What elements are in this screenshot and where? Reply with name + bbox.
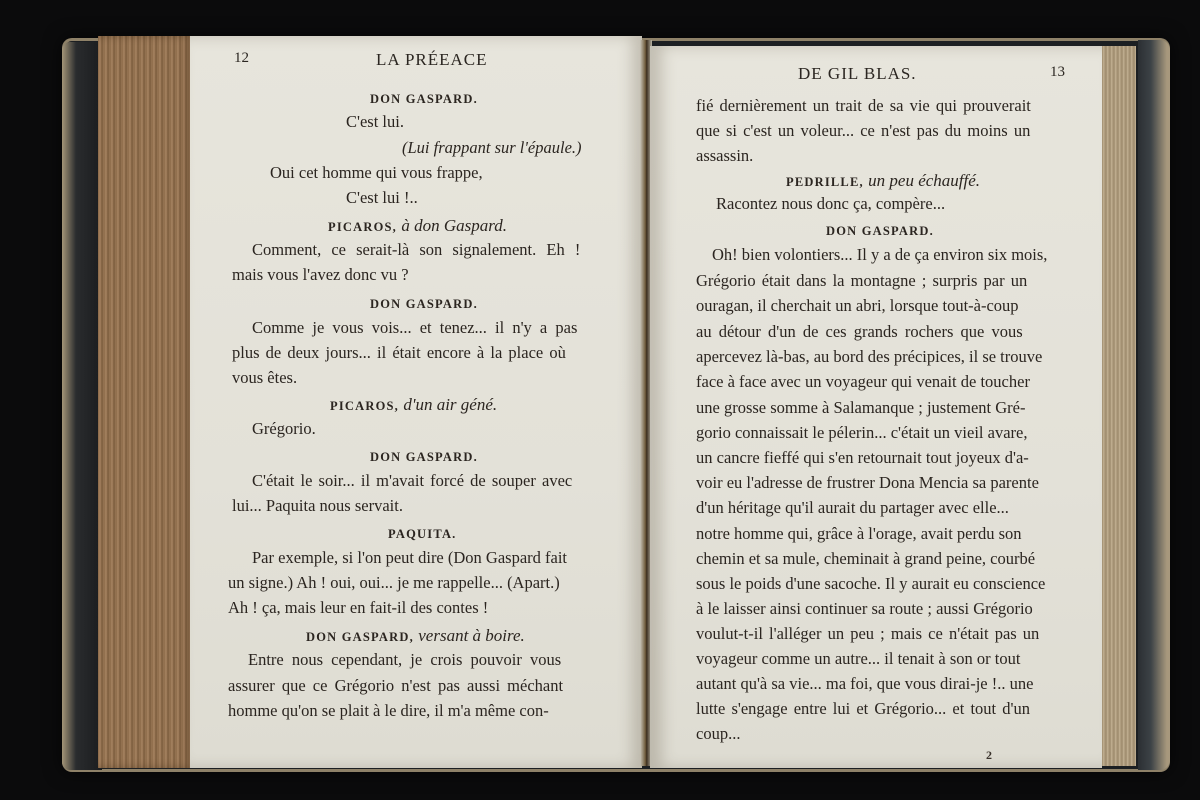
text-line: C'était le soir... il m'avait forcé de s… [252, 471, 572, 491]
right-page: DE GIL BLAS. 13 fié dernièrement un trai… [650, 46, 1102, 768]
page-edges-right [1100, 46, 1136, 766]
text-line: Oh! bien volontiers... Il y a de ça envi… [712, 245, 1047, 265]
speaker-heading: DON GASPARD. [370, 297, 478, 312]
speaker-heading: DON GASPARD, versant à boire. [306, 626, 525, 646]
text-line: assurer que ce Grégorio n'est pas aussi … [228, 676, 563, 696]
text-line: C'est lui. [346, 112, 404, 132]
text-line: Comme je vous vois... et tenez... il n'y… [252, 318, 577, 338]
text-line: gorio connaissait le pélerin... c'était … [696, 423, 1027, 443]
speaker-heading: PICAROS, d'un air géné. [330, 395, 497, 415]
running-head: DE GIL BLAS. [798, 64, 917, 84]
text-line: face à face avec un voyageur qui venait … [696, 372, 1030, 392]
text-line: Oui cet homme qui vous frappe, [270, 163, 483, 183]
text-line: homme qu'on se plait à le dire, il m'a m… [228, 701, 549, 721]
text-line: un cancre fieffé qui s'en retournait tou… [696, 448, 1029, 468]
text-line: Ah ! ça, mais leur en fait-il des contes… [228, 598, 488, 618]
speaker-heading: DON GASPARD. [826, 224, 934, 239]
text-line: lutte s'engage entre lui et Grégorio... … [696, 699, 1030, 719]
text-line: un signe.) Ah ! oui, oui... je me rappel… [228, 573, 560, 593]
text-line: Entre nous cependant, je crois pouvoir v… [248, 650, 561, 670]
page-number: 13 [1050, 64, 1065, 81]
text-line: voir eu l'adresse de frustrer Dona Menci… [696, 473, 1039, 493]
text-line: Grégorio était dans la montagne ; surpri… [696, 271, 1027, 291]
stage-direction: (Lui frappant sur l'épaule.) [402, 138, 582, 158]
text-line: fié dernièrement un trait de sa vie qui … [696, 96, 1031, 116]
speaker-heading: DON GASPARD. [370, 92, 478, 107]
speaker-heading: PAQUITA. [388, 527, 457, 542]
text-line: Racontez nous donc ça, compère... [716, 194, 945, 214]
text-line: chemin et sa mule, cheminait à grand pei… [696, 549, 1035, 569]
text-line: coup... [696, 724, 740, 744]
signature-mark: 2 [986, 748, 992, 763]
text-line: notre homme qui, grâce à l'orage, avait … [696, 524, 1022, 544]
text-line: à le laisser ainsi continuer sa route ; … [696, 599, 1033, 619]
text-line: sous le poids d'une sacoche. Il y aurait… [696, 574, 1045, 594]
text-line: apercevez là-bas, au bord des précipices… [696, 347, 1042, 367]
text-line: C'est lui !.. [346, 188, 418, 208]
cover-edge-left [62, 42, 102, 770]
text-line: d'un héritage qu'il aurait du partager a… [696, 498, 1009, 518]
text-line: plus de deux jours... il était encore à … [232, 343, 566, 363]
text-line: Comment, ce serait-là son signalement. E… [252, 240, 580, 260]
cover-edge-right [1138, 40, 1170, 770]
text-line: vous êtes. [232, 368, 297, 388]
speaker-heading: PEDRILLE, un peu échauffé. [786, 171, 980, 191]
text-line: voyageur comme un autre... il tenait à s… [696, 649, 1020, 669]
text-line: Par exemple, si l'on peut dire (Don Gasp… [252, 548, 567, 568]
text-line: que si c'est un voleur... ce n'est pas d… [696, 121, 1030, 141]
text-line: au détour d'un de ces grands rochers que… [696, 322, 1023, 342]
page-edges-left [98, 36, 194, 768]
text-line: Grégorio. [252, 419, 316, 439]
speaker-heading: PICAROS, à don Gaspard. [328, 216, 507, 236]
left-page: 12 LA PRÉEACE DON GASPARD. C'est lui. (L… [190, 36, 642, 768]
text-line: autant qu'à sa vie... ma foi, que vous d… [696, 674, 1033, 694]
text-line: ouragan, il cherchait un abri, lorsque t… [696, 296, 1019, 316]
page-number: 12 [234, 50, 249, 67]
text-line: une grosse somme à Salamanque ; justemen… [696, 398, 1025, 418]
text-line: voulut-t-il l'alléger un peu ; mais ce n… [696, 624, 1039, 644]
text-line: mais vous l'avez donc vu ? [232, 265, 409, 285]
running-head: LA PRÉEACE [376, 50, 488, 70]
text-line: lui... Paquita nous servait. [232, 496, 403, 516]
text-line: assassin. [696, 146, 753, 166]
speaker-heading: DON GASPARD. [370, 450, 478, 465]
